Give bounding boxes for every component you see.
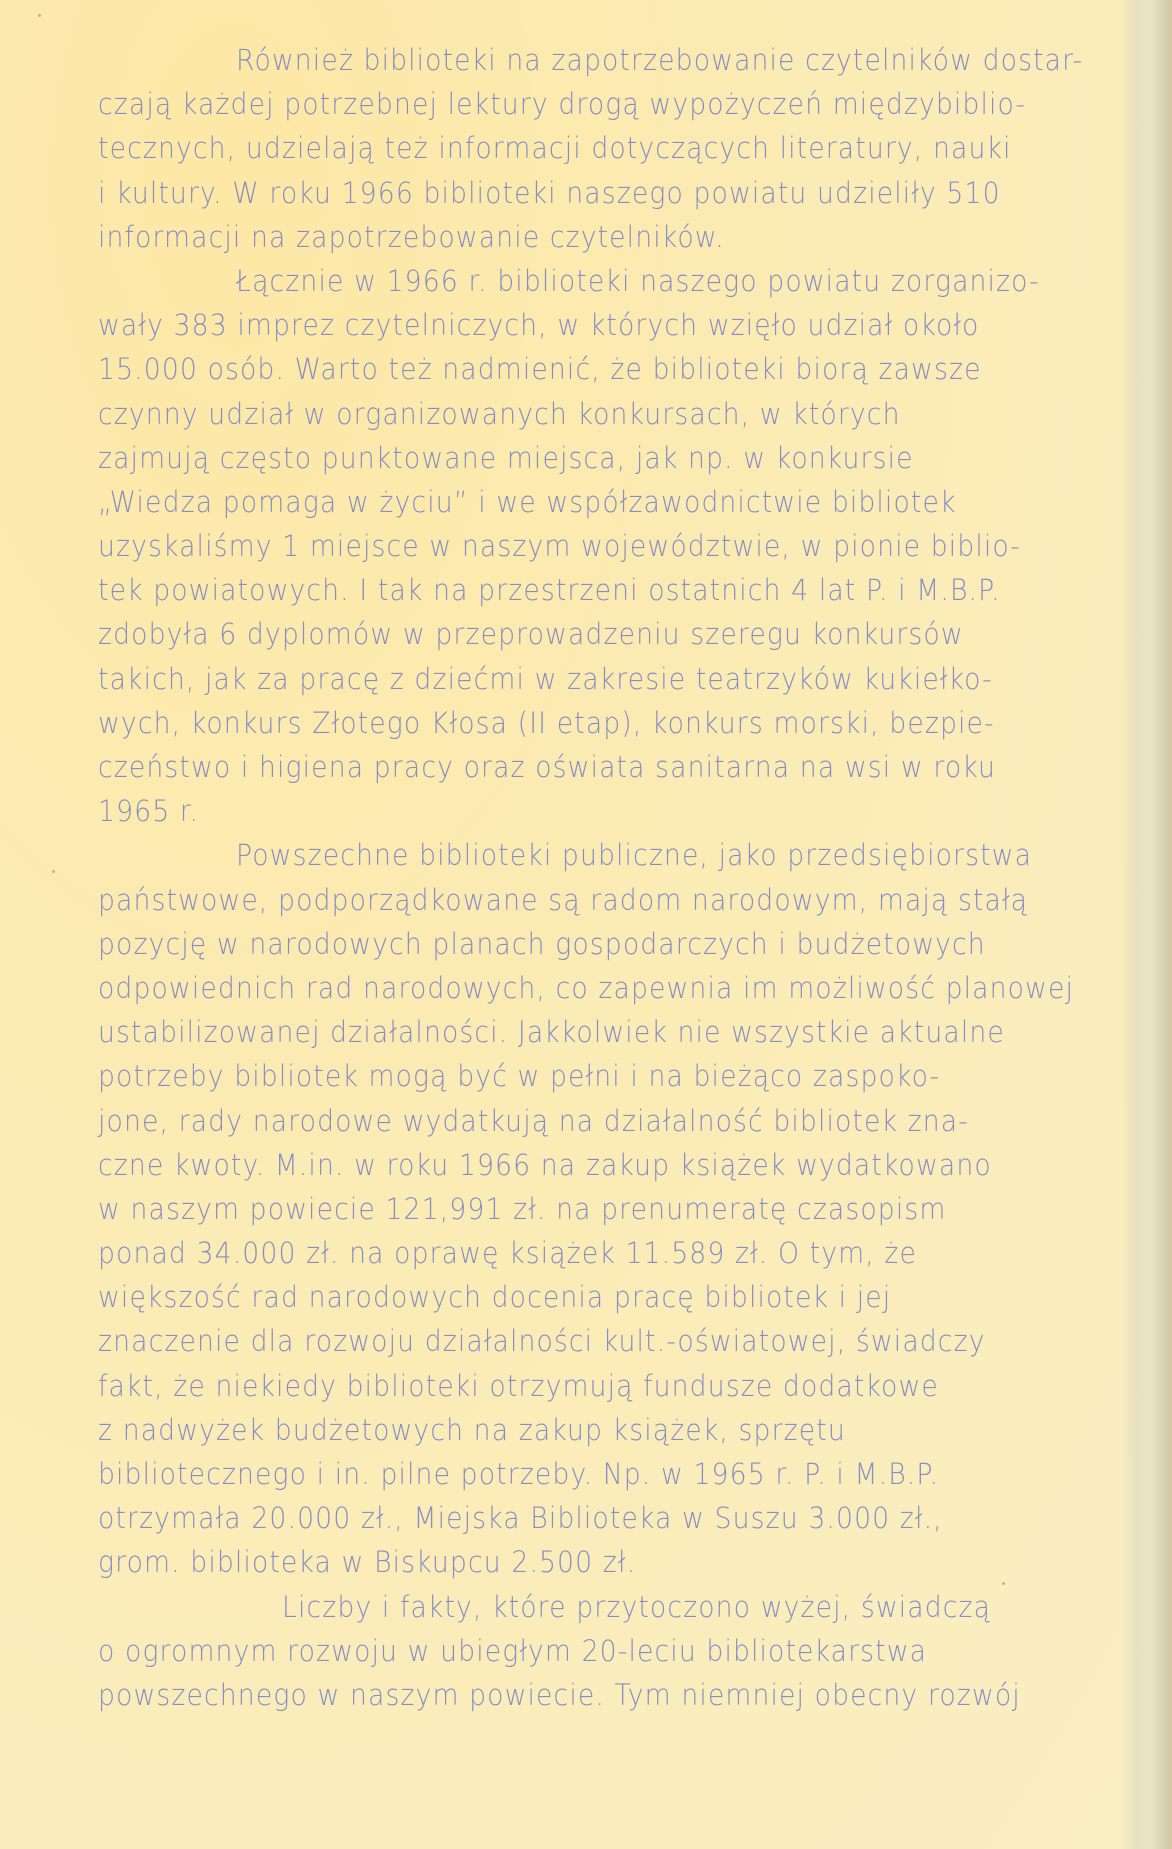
text-line: 1965 r. [98, 789, 1073, 833]
text-line: Liczby i fakty, które przytoczono wyżej,… [98, 1585, 1073, 1629]
text-line: i kultury. W roku 1966 biblioteki naszeg… [98, 171, 1073, 215]
text-line: 15.000 osób. Warto też nadmienić, że bib… [98, 347, 1073, 391]
text-line: państwowe, podporządkowane są radom naro… [98, 878, 1073, 922]
text-line: pozycję w narodowych planach gospodarczy… [98, 922, 1073, 966]
text-line: tek powiatowych. I tak na przestrzeni os… [98, 568, 1073, 612]
page-edge-shadow [1154, 0, 1172, 1849]
text-line: ustabilizowanej działalności. Jakkolwiek… [98, 1010, 1073, 1054]
text-line: czają każdej potrzebnej lektury drogą wy… [98, 82, 1073, 126]
text-line: odpowiednich rad narodowych, co zapewnia… [98, 966, 1073, 1010]
text-line: uzyskaliśmy 1 miejsce w naszym województ… [98, 524, 1073, 568]
text-line: informacji na zapotrzebowanie czytelnikó… [98, 215, 1073, 259]
text-line: z nadwyżek budżetowych na zakup książek,… [98, 1408, 1073, 1452]
text-line: czeństwo i higiena pracy oraz oświata sa… [98, 745, 1073, 789]
text-line: grom. biblioteka w Biskupcu 2.500 zł. [98, 1540, 1073, 1584]
text-line: czne kwoty. M.in. w roku 1966 na zakup k… [98, 1143, 1073, 1187]
text-line: tecznych, udzielają też informacji dotyc… [98, 126, 1073, 170]
text-line: otrzymała 20.000 zł., Miejska Biblioteka… [98, 1496, 1073, 1540]
text-line: jone, rady narodowe wydatkują na działal… [98, 1099, 1073, 1143]
text-line: czynny udział w organizowanych konkursac… [98, 392, 1073, 436]
text-line: Łącznie w 1966 r. biblioteki naszego pow… [98, 259, 1073, 303]
text-line: o ogromnym rozwoju w ubiegłym 20-leciu b… [98, 1629, 1073, 1673]
handwritten-text: Również biblioteki na zapotrzebowanie cz… [98, 38, 1073, 1717]
text-line: fakt, że niekiedy biblioteki otrzymują f… [98, 1364, 1073, 1408]
text-line: powszechnego w naszym powiecie. Tym niem… [98, 1673, 1073, 1717]
text-line: zajmują często punktowane miejsca, jak n… [98, 436, 1073, 480]
text-line: ponad 34.000 zł. na oprawę książek 11.58… [98, 1231, 1073, 1275]
paper-speck [1002, 1582, 1005, 1585]
text-line: wych, konkurs Złotego Kłosa (II etap), k… [98, 701, 1073, 745]
text-line: w naszym powiecie 121,991 zł. na prenume… [98, 1187, 1073, 1231]
text-line: znaczenie dla rozwoju działalności kult.… [98, 1319, 1073, 1363]
text-line: takich, jak za pracę z dziećmi w zakresi… [98, 657, 1073, 701]
text-line: „Wiedza pomaga w życiu” i we współzawodn… [98, 480, 1073, 524]
text-line: zdobyła 6 dyplomów w przeprowadzeniu sze… [98, 612, 1073, 656]
manuscript-page: Również biblioteki na zapotrzebowanie cz… [0, 0, 1172, 1849]
text-line: wały 383 imprez czytelniczych, w których… [98, 303, 1073, 347]
paper-speck [38, 14, 41, 17]
text-line: bibliotecznego i in. pilne potrzeby. Np.… [98, 1452, 1073, 1496]
text-line: Również biblioteki na zapotrzebowanie cz… [98, 38, 1073, 82]
text-line: Powszechne biblioteki publiczne, jako pr… [98, 833, 1073, 877]
text-line: większość rad narodowych docenia pracę b… [98, 1275, 1073, 1319]
paper-speck [52, 870, 55, 873]
text-line: potrzeby bibliotek mogą być w pełni i na… [98, 1054, 1073, 1098]
